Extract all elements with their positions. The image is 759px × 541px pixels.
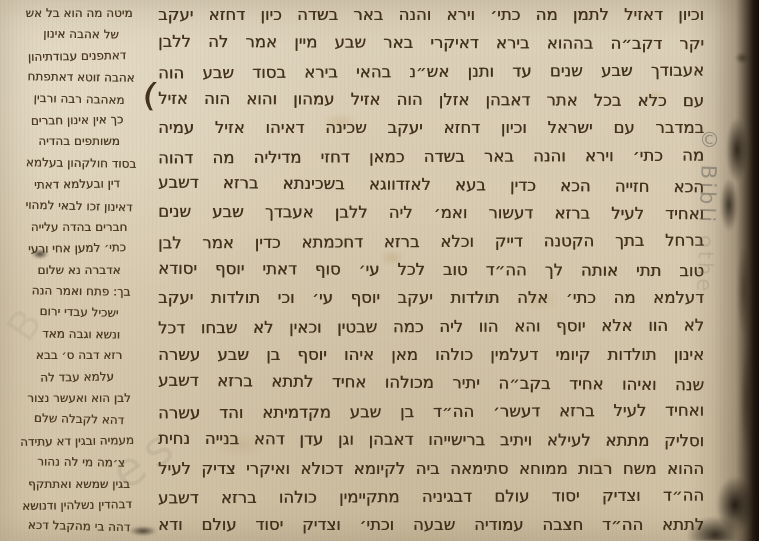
main-text-line: ואחיד לעיל ברזא דעשר׳ הה״ד בן שבע מקדמית…	[158, 396, 704, 427]
manuscript-page: מיטה מה הוא בל אששל אהבה אינוןדאתפנים עב…	[0, 0, 759, 541]
main-text-line: מה כתי׳ וירא והנה באר בשדה כמאן דחזי מדי…	[158, 141, 704, 172]
margin-note-line: של אהבה אינון	[6, 23, 156, 46]
main-text-line: טוב תתי אותה לך הה״ד טוב לכל עי׳ סוף דאת…	[158, 255, 704, 286]
main-text-line: הכא חזייה הכא כדין בעא לאזדווגא בשכינתא …	[158, 169, 704, 202]
margin-note-line: דאינון זכו לבאי למהוי	[4, 194, 154, 219]
main-text-line: עם כלא בכל אתר דאבהן אזלן הוה אזיל עמהון…	[158, 85, 704, 116]
margin-note-line: אדברה נא שלום	[4, 260, 154, 281]
margin-note-line: דאתפנים עבודתיהון	[2, 45, 152, 69]
main-text-line: דעלמא מה כתי׳ אלה תולדות יעקב יוסף עי׳ ו…	[158, 284, 704, 312]
main-text-line: וכיון דאזיל לתמן מה כתי׳ וירא והנה באר ב…	[158, 1, 704, 29]
main-text-line: וסליק מתתא לעילא ויתיב ברישייהו דאבהן וג…	[158, 425, 704, 456]
margin-note-line: בסוד חולקהון בעלמא	[6, 152, 156, 175]
main-text-line: ברחל בתך הקטנה דייק וכלא ברזא דחכמתא כדי…	[158, 226, 704, 257]
main-text-line: ההוא משח רבות ממוחא סתימאה ביה לקיומא דכ…	[158, 455, 704, 483]
main-text-line: אינון תולדות קיומי דעלמין כולהו מאן איהו…	[158, 341, 704, 369]
margin-note-line: רזא דבה ס׳ בבא	[4, 345, 154, 366]
main-text-line: אעבודך שבע שנים עד ותנן אש״נ בהאי בירא ב…	[158, 56, 704, 87]
margin-note-line: מיטה מה הוא בל אש	[4, 3, 154, 24]
main-text-line: ואחיד לעיל ברזא דעשור ואמ׳ ליה ללבן אעבד…	[158, 198, 704, 229]
main-text-line: במדבר עם ישראל וכיון דחזא יעקב שכינה דאי…	[158, 114, 704, 142]
margin-note-line: חברים בהדה עלייה	[4, 217, 154, 238]
margin-note-line: משותפים בהדיה	[4, 131, 154, 152]
margin-note-line: דין ובעלמא דאתי	[2, 173, 152, 197]
main-text-line: הה״ד וצדיק יסוד עולם דבגיניה מתקיימין כו…	[158, 481, 704, 512]
margin-note-line: כך אין אינון חברים	[2, 109, 152, 133]
main-text-line: לא הוו אלא יוסף והא הוו ליה כמה שבטין וכ…	[158, 311, 704, 342]
margin-note-line: דהא לקבלה שלם	[4, 408, 154, 433]
main-text-line: יקר דקב״ה בההוא בירא דאיקרי באר שבע מיין…	[158, 28, 704, 59]
margin-note-line: אהבה זוטא דאתפתח	[6, 66, 156, 89]
margin-note-line: עלמא עבד לה	[2, 365, 152, 389]
margin-note-line: דהה בי מהקבל דכא	[4, 515, 154, 540]
margin-note-line: כתי׳ למען אחי ורעי	[2, 237, 152, 261]
margin-note-line: לבן הוא ואעשר נצור	[4, 388, 154, 409]
main-text-line: שנה ואיהו אחיד בקב״ה יתיר מכולהו אחיד לת…	[158, 367, 704, 400]
main-text-block: וכיון דאזיל לתמן מה כתי׳ וירא והנה באר ב…	[158, 1, 704, 540]
margin-note-line: מאהבה רבה ורבין	[4, 87, 154, 112]
main-text-line: לתתא הה״ד חצבה עמודיה שבעה וכתי׳ וצדיק י…	[158, 511, 704, 539]
binding-gutter-shadow	[687, 0, 759, 541]
